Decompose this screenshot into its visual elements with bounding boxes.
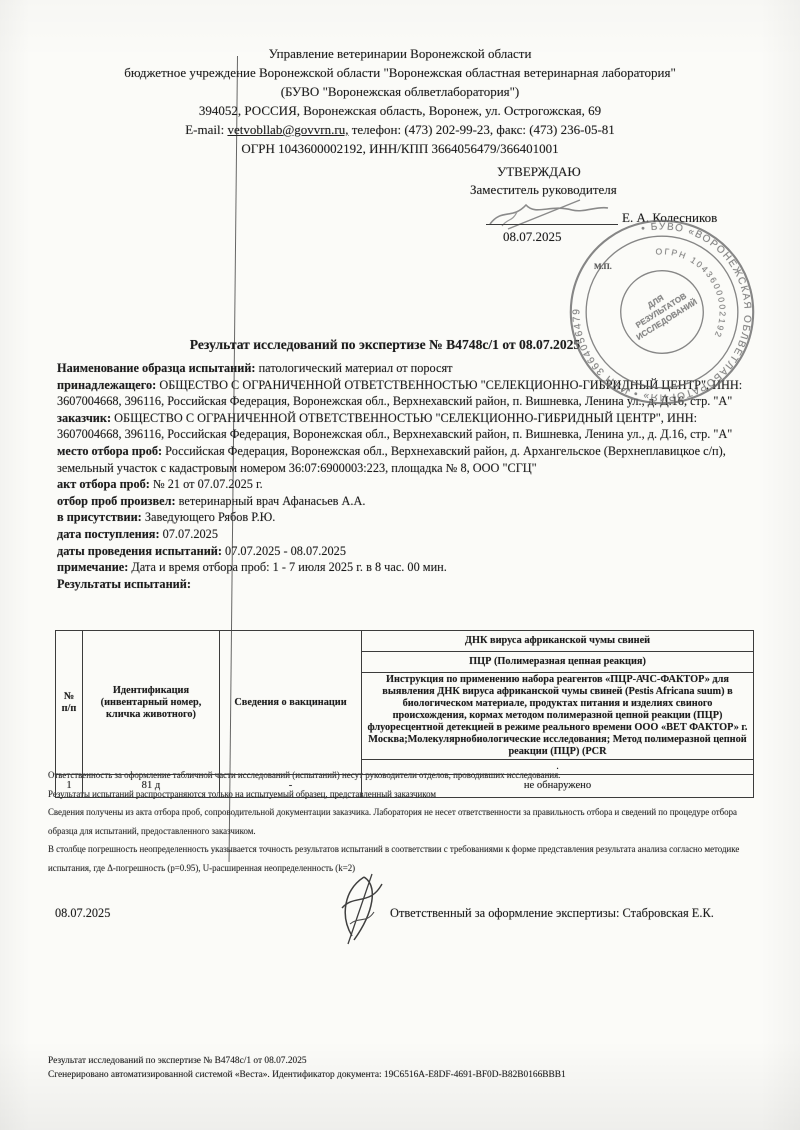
detail-row-witness: в присутствии: Заведующего Рябов Р.Ю. — [57, 509, 751, 526]
results-section-label: Результаты испытаний: — [57, 576, 751, 593]
cell-vaccination: - — [220, 775, 362, 798]
cell-row-number: 1 — [56, 775, 83, 798]
col-header-vaccination: Сведения о вакцинации — [220, 631, 362, 775]
analysis-method-header: ПЦР (Полимеразная цепная реакция) — [362, 652, 754, 673]
detail-value: Дата и время отбора проб: 1 - 7 июля 202… — [131, 560, 446, 574]
letterhead: Управление ветеринарии Воронежской облас… — [0, 44, 800, 158]
page-footer: Результат исследований по экспертизе № В… — [48, 1054, 566, 1082]
detail-label: акт отбора проб: — [57, 477, 150, 491]
detail-label: отбор проб произвел: — [57, 494, 176, 508]
detail-row-receive-date: дата поступления: 07.07.2025 — [57, 526, 751, 543]
footer-expertise-ref: Результат исследований по экспертизе № В… — [48, 1054, 566, 1068]
table-row: 1 81 д - не обнаружено — [56, 775, 754, 798]
stamp-place-label: М.П. — [594, 262, 612, 271]
detail-value: 07.07.2025 - 08.07.2025 — [225, 544, 346, 558]
org-department: Управление ветеринарии Воронежской облас… — [0, 44, 800, 63]
scanned-document-page: Управление ветеринарии Воронежской облас… — [0, 0, 800, 1130]
analysis-disease-header: ДНК вируса африканской чумы свиней — [362, 631, 754, 652]
executor-name: Ответственный за оформление экспертизы: … — [390, 906, 714, 921]
signature-line — [486, 224, 618, 225]
detail-label: заказчик: — [57, 411, 111, 425]
signoff-date: 08.07.2025 — [55, 906, 110, 921]
note-line: Сведения получены из акта отбора проб, с… — [48, 803, 760, 840]
detail-label: Наименование образца испытаний: — [57, 361, 256, 375]
org-short-name: (БУВО "Воронежская облветлаборатория") — [0, 82, 800, 101]
detail-value: Заведующего Рябов Р.Ю. — [145, 510, 276, 524]
org-phone-fax: телефон: (473) 202-99-23, факс: (473) 23… — [352, 122, 615, 137]
col-header-identification: Идентификация (инвентарный номер, кличка… — [83, 631, 220, 775]
detail-label: принадлежащего: — [57, 378, 156, 392]
detail-row-sampling-act: акт отбора проб: № 21 от 07.07.2025 г. — [57, 476, 751, 493]
note-line: В столбце погрешность неопределенность у… — [48, 840, 760, 877]
approval-block: УТВЕРЖДАЮ Заместитель руководителя Е. А.… — [470, 164, 770, 198]
approve-label: УТВЕРЖДАЮ — [497, 164, 770, 180]
detail-label: в присутствии: — [57, 510, 142, 524]
detail-row-sampling-place: место отбора проб: Российская Федерация,… — [57, 443, 751, 476]
email-link[interactable]: vetvobllab@govvrn.ru, — [227, 122, 348, 137]
cell-identification: 81 д — [83, 775, 220, 798]
detail-value: ветеринарный врач Афанасьев А.А. — [179, 494, 366, 508]
executor-signature — [330, 872, 394, 946]
detail-row-note: примечание: Дата и время отбора проб: 1 … — [57, 559, 751, 576]
email-label: E-mail: — [185, 122, 224, 137]
detail-row-sampled-by: отбор проб произвел: ветеринарный врач А… — [57, 493, 751, 510]
col-header-number: № п/п — [56, 631, 83, 775]
detail-label: примечание: — [57, 560, 128, 574]
org-full-name: бюджетное учреждение Воронежской области… — [0, 63, 800, 82]
cell-result: не обнаружено — [362, 775, 754, 798]
detail-row-test-dates: даты проведения испытаний: 07.07.2025 - … — [57, 543, 751, 560]
org-registration: ОГРН 1043600002192, ИНН/КПП 3664056479/3… — [0, 139, 800, 158]
detail-value: патологический материал от поросят — [259, 361, 453, 375]
analysis-subheader: . — [362, 760, 754, 775]
detail-label: дата поступления: — [57, 527, 160, 541]
detail-label: даты проведения испытаний: — [57, 544, 222, 558]
footer-generated-info: Сгенерировано автоматизированной системо… — [48, 1068, 566, 1082]
org-contacts-row: E-mail: vetvobllab@govvrn.ru, телефон: (… — [0, 120, 800, 139]
detail-row-customer: заказчик: ОБЩЕСТВО С ОГРАНИЧЕННОЙ ОТВЕТС… — [57, 410, 751, 443]
detail-label: место отбора проб: — [57, 444, 162, 458]
org-address: 394052, РОССИЯ, Воронежская область, Вор… — [0, 101, 800, 120]
detail-value: 07.07.2025 — [163, 527, 218, 541]
detail-value: № 21 от 07.07.2025 г. — [153, 477, 263, 491]
results-table: № п/п Идентификация (инвентарный номер, … — [55, 630, 754, 798]
analysis-instruction: Инструкция по применению набора реагенто… — [362, 673, 754, 760]
